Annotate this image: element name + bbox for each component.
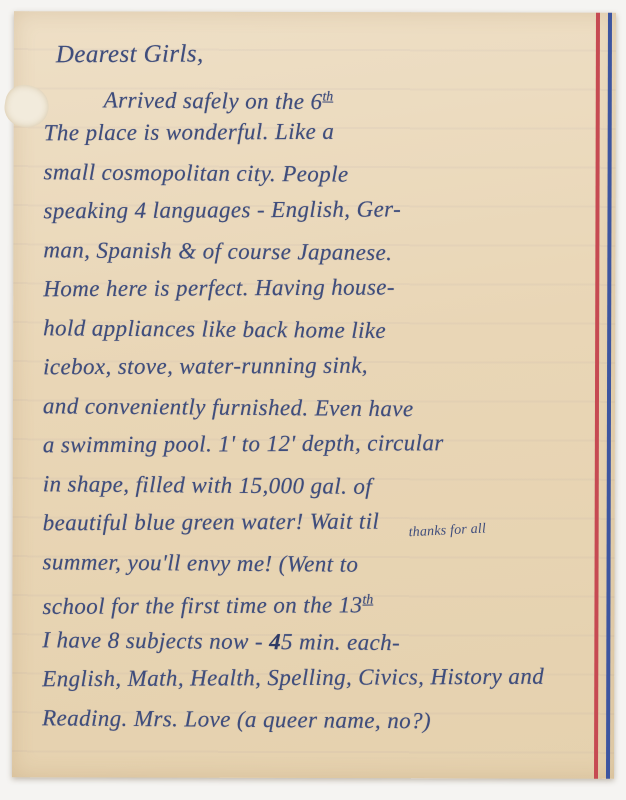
scan-background: Dearest Girls, Arrived safely on the 6th…	[0, 0, 626, 800]
letter-line-text: school for the first time on the 13	[42, 592, 362, 619]
letter-line: Reading. Mrs. Love (a queer name, no?)	[42, 698, 584, 741]
letter-line: English, Math, Health, Spelling, Civics,…	[42, 656, 584, 698]
letter-line: a swimming pool. 1' to 12' depth, circul…	[43, 422, 585, 464]
letter-line: The place is wonderful. Like a	[44, 110, 586, 152]
letter-line-text: I have 8 subjects now -	[42, 627, 269, 654]
superscript-ordinal: th	[362, 592, 373, 607]
letter-line: icebox, stove, water-running sink,	[43, 344, 585, 386]
letter-salutation: Dearest Girls,	[44, 32, 586, 74]
letter-line: beautiful blue green water! Wait til	[43, 500, 585, 542]
letter-line: Home here is perfect. Having house-	[43, 266, 585, 308]
letter-line-text: Arrived safely on the 6	[104, 87, 323, 114]
letter-line: school for the first time on the 13th	[42, 578, 584, 620]
letter-paper: Dearest Girls, Arrived safely on the 6th…	[12, 11, 616, 779]
letter-line-text: 5 min. each-	[281, 629, 400, 655]
superscript-ordinal: th	[322, 88, 333, 103]
letter-body: Dearest Girls, Arrived safely on the 6th…	[12, 11, 616, 779]
letter-line: speaking 4 languages - English, Ger-	[43, 188, 585, 230]
overwritten-digit: 4	[269, 629, 281, 654]
